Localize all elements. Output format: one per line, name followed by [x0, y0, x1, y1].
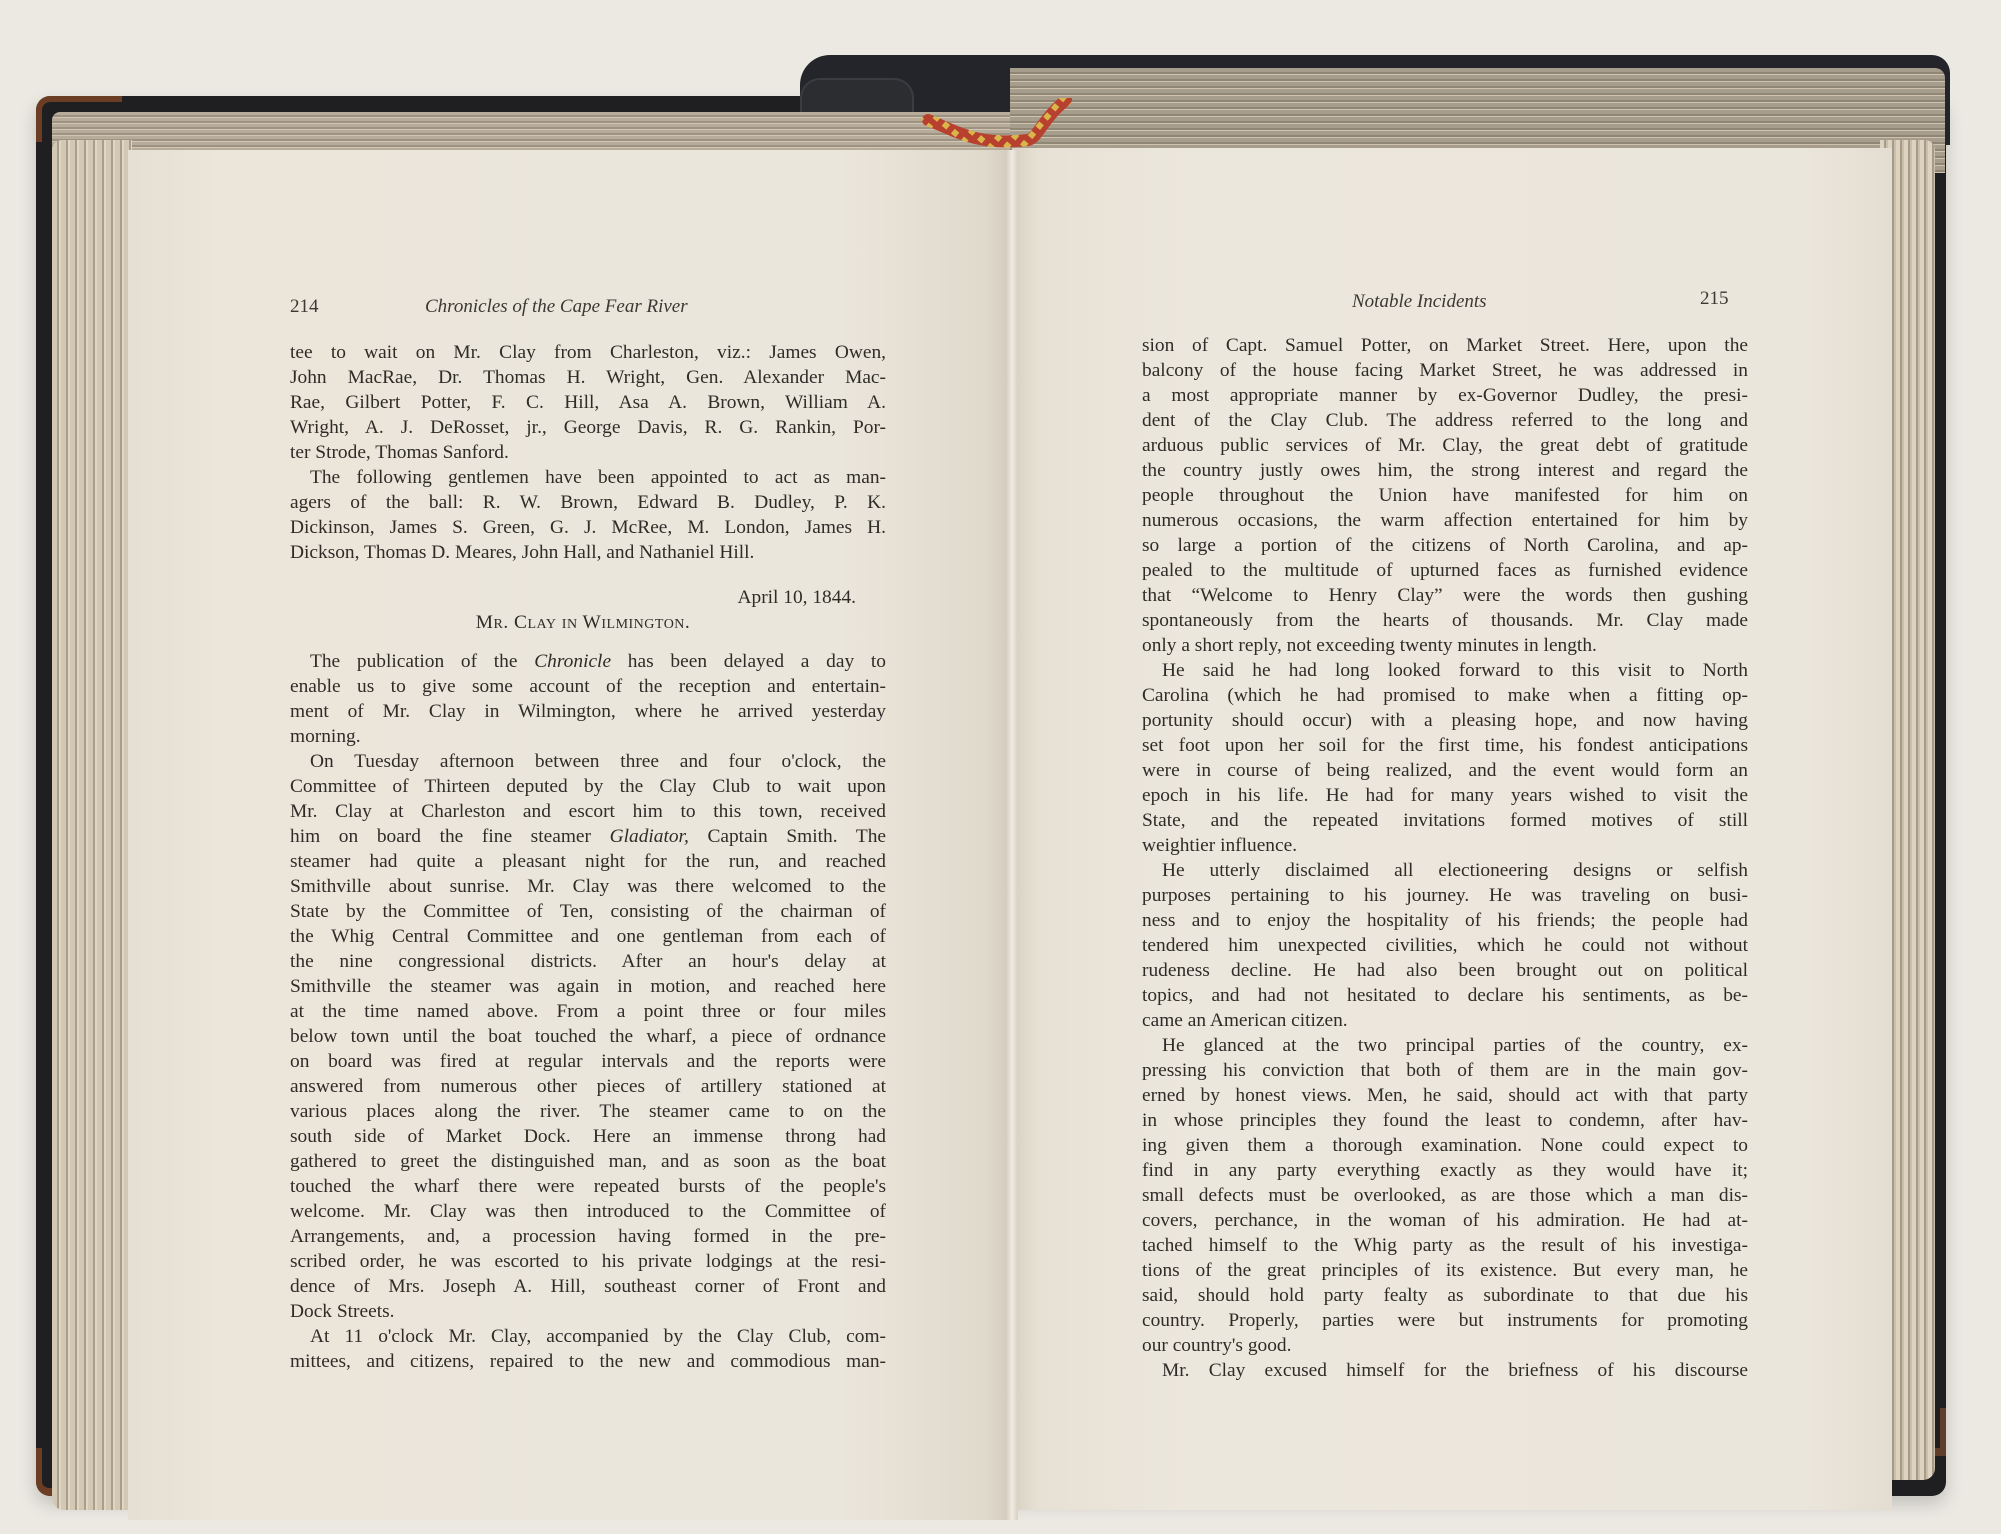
- text-line: erned by honest views. Men, he said, sho…: [1142, 1083, 1748, 1108]
- text-line: He said he had long looked forward to th…: [1142, 658, 1748, 683]
- text-line: pealed to the multitude of upturned face…: [1142, 558, 1748, 583]
- text-line: south side of Market Dock. Here an immen…: [290, 1124, 886, 1149]
- text-line: sion of Capt. Samuel Potter, on Market S…: [1142, 333, 1748, 358]
- text-line: Dickson, Thomas D. Meares, John Hall, an…: [290, 540, 886, 565]
- text-line: epoch in his life. He had for many years…: [1142, 783, 1748, 808]
- paragraph: He glanced at the two principal parties …: [1142, 1033, 1748, 1358]
- text-line: him on board the fine steamer Gladiator,…: [290, 824, 886, 849]
- text-line: On Tuesday afternoon between three and f…: [290, 749, 886, 774]
- text-line: arduous public services of Mr. Clay, the…: [1142, 433, 1748, 458]
- text-line: only a short reply, not exceeding twenty…: [1142, 633, 1748, 658]
- text-line: agers of the ball: R. W. Brown, Edward B…: [290, 490, 886, 515]
- text-line: various places along the river. The stea…: [290, 1099, 886, 1124]
- gutter: [1006, 150, 1018, 1520]
- paragraph: The publication of the Chronicle has bee…: [290, 649, 886, 749]
- text-line: touched the wharf there were repeated bu…: [290, 1174, 886, 1199]
- text-line: our country's good.: [1142, 1333, 1748, 1358]
- left-page-body: tee to wait on Mr. Clay from Charleston,…: [290, 340, 886, 1374]
- text-line: below town until the boat touched the wh…: [290, 1024, 886, 1049]
- text-line: so large a portion of the citizens of No…: [1142, 533, 1748, 558]
- text-line: answered from numerous other pieces of a…: [290, 1074, 886, 1099]
- text-line: scribed order, he was escorted to his pr…: [290, 1249, 886, 1274]
- text-line: At 11 o'clock Mr. Clay, accompanied by t…: [290, 1324, 886, 1349]
- text-line: the country justly owes him, the strong …: [1142, 458, 1748, 483]
- text-line: Rae, Gilbert Potter, F. C. Hill, Asa A. …: [290, 390, 886, 415]
- text-line: find in any party everything exactly as …: [1142, 1158, 1748, 1183]
- text-line: Arrangements, and, a procession having f…: [290, 1224, 886, 1249]
- text-line: rudeness decline. He had also been broug…: [1142, 958, 1748, 983]
- section-heading: Mr. Clay in Wilmington.: [290, 610, 886, 635]
- text-line: at the time named above. From a point th…: [290, 999, 886, 1024]
- text-line: spontaneously from the hearts of thousan…: [1142, 608, 1748, 633]
- text-line: dent of the Clay Club. The address refer…: [1142, 408, 1748, 433]
- text-line: State by the Committee of Ten, consistin…: [290, 899, 886, 924]
- paragraph: On Tuesday afternoon between three and f…: [290, 749, 886, 1324]
- text-line: the nine congressional districts. After …: [290, 949, 886, 974]
- text-line: covers, perchance, in the woman of his a…: [1142, 1208, 1748, 1233]
- text-line: said, should hold party fealty as subord…: [1142, 1283, 1748, 1308]
- text-line: The publication of the Chronicle has bee…: [290, 649, 886, 674]
- text-line: set foot upon her soil for the first tim…: [1142, 733, 1748, 758]
- text-line: tendered him unexpected civilities, whic…: [1142, 933, 1748, 958]
- page-edges-side-left: [52, 140, 132, 1510]
- text-line: came an American citizen.: [1142, 1008, 1748, 1033]
- text-line: purposes pertaining to his journey. He w…: [1142, 883, 1748, 908]
- running-title-right: Notable Incidents: [1352, 291, 1487, 313]
- text-line: He glanced at the two principal parties …: [1142, 1033, 1748, 1058]
- text-line: morning.: [290, 724, 886, 749]
- dateline: April 10, 1844.: [290, 585, 886, 610]
- paragraph: At 11 o'clock Mr. Clay, accompanied by t…: [290, 1324, 886, 1374]
- text-line: State, and the repeated invitations form…: [1142, 808, 1748, 833]
- text-line: portunity should occur) with a pleasing …: [1142, 708, 1748, 733]
- page-number-right: 215: [1700, 288, 1729, 310]
- text-line: the Whig Central Committee and one gentl…: [290, 924, 886, 949]
- text-line: Wright, A. J. DeRosset, jr., George Davi…: [290, 415, 886, 440]
- paragraph: tee to wait on Mr. Clay from Charleston,…: [290, 340, 886, 465]
- running-title-left: Chronicles of the Cape Fear River: [425, 296, 688, 318]
- text-line: pressing his conviction that both of the…: [1142, 1058, 1748, 1083]
- text-line: enable us to give some account of the re…: [290, 674, 886, 699]
- text-line: numerous occasions, the warm affection e…: [1142, 508, 1748, 533]
- text-line: Dickinson, James S. Green, G. J. McRee, …: [290, 515, 886, 540]
- text-line: Mr. Clay at Charleston and escort him to…: [290, 799, 886, 824]
- text-line: John MacRae, Dr. Thomas H. Wright, Gen. …: [290, 365, 886, 390]
- text-line: tee to wait on Mr. Clay from Charleston,…: [290, 340, 886, 365]
- text-line: Carolina (which he had promised to make …: [1142, 683, 1748, 708]
- text-line: steamer had quite a pleasant night for t…: [290, 849, 886, 874]
- text-line: Smithville the steamer was again in moti…: [290, 974, 886, 999]
- text-line: welcome. Mr. Clay was then introduced to…: [290, 1199, 886, 1224]
- text-line: ing given them a thorough examination. N…: [1142, 1133, 1748, 1158]
- text-line: were in course of being realized, and th…: [1142, 758, 1748, 783]
- text-line: mittees, and citizens, repaired to the n…: [290, 1349, 886, 1374]
- text-line: ter Strode, Thomas Sanford.: [290, 440, 886, 465]
- text-line: topics, and had not hesitated to declare…: [1142, 983, 1748, 1008]
- text-line: ment of Mr. Clay in Wilmington, where he…: [290, 699, 886, 724]
- paragraph: The following gentlemen have been appoin…: [290, 465, 886, 565]
- text-line: The following gentlemen have been appoin…: [290, 465, 886, 490]
- text-line: country. Properly, parties were but inst…: [1142, 1308, 1748, 1333]
- text-line: Committee of Thirteen deputed by the Cla…: [290, 774, 886, 799]
- text-line: tached himself to the Whig party as the …: [1142, 1233, 1748, 1258]
- text-line: Smithville about sunrise. Mr. Clay was t…: [290, 874, 886, 899]
- text-line: tions of the great principles of its exi…: [1142, 1258, 1748, 1283]
- paragraph: sion of Capt. Samuel Potter, on Market S…: [1142, 333, 1748, 658]
- text-line: balcony of the house facing Market Stree…: [1142, 358, 1748, 383]
- text-line: weightier influence.: [1142, 833, 1748, 858]
- text-line: He utterly disclaimed all electioneering…: [1142, 858, 1748, 883]
- bookmark-ribbon-icon[interactable]: [918, 98, 1138, 158]
- text-line: Mr. Clay excused himself for the briefne…: [1142, 1358, 1748, 1383]
- text-line: gathered to greet the distinguished man,…: [290, 1149, 886, 1174]
- text-line: small defects must be overlooked, as are…: [1142, 1183, 1748, 1208]
- text-line: people throughout the Union have manifes…: [1142, 483, 1748, 508]
- text-line: dence of Mrs. Joseph A. Hill, southeast …: [290, 1274, 886, 1299]
- text-line: on board was fired at regular intervals …: [290, 1049, 886, 1074]
- text-line: in whose principles they found the least…: [1142, 1108, 1748, 1133]
- paragraph: He said he had long looked forward to th…: [1142, 658, 1748, 858]
- text-line: Dock Streets.: [290, 1299, 886, 1324]
- right-page-body: sion of Capt. Samuel Potter, on Market S…: [1142, 333, 1748, 1383]
- text-line: that “Welcome to Henry Clay” were the wo…: [1142, 583, 1748, 608]
- paragraph: He utterly disclaimed all electioneering…: [1142, 858, 1748, 1033]
- text-line: a most appropriate manner by ex-Governor…: [1142, 383, 1748, 408]
- text-line: ness and to enjoy the hospitality of his…: [1142, 908, 1748, 933]
- paragraph: Mr. Clay excused himself for the briefne…: [1142, 1358, 1748, 1383]
- page-number-left: 214: [290, 296, 319, 318]
